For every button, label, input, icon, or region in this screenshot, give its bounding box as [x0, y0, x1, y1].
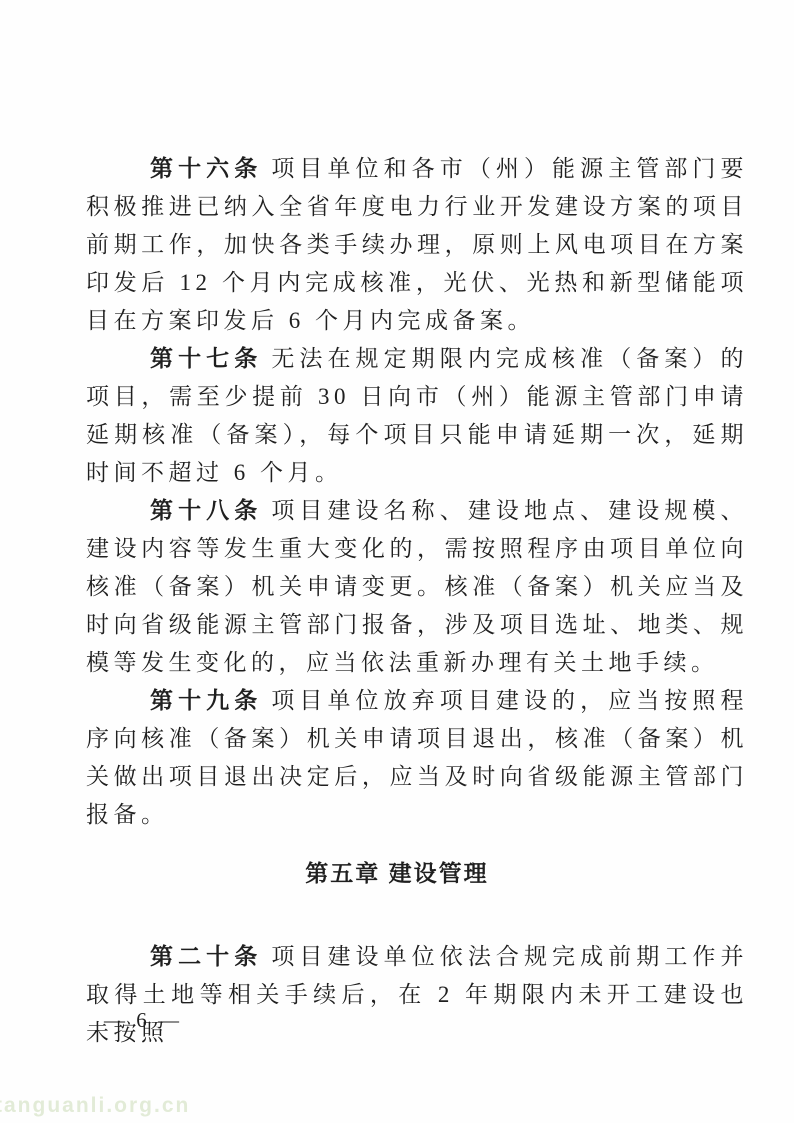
article-number: 第十九条	[150, 688, 262, 713]
document-page: 第十六条项目单位和各市（州）能源主管部门要积极推进已纳入全省年度电力行业开发建设…	[0, 0, 794, 1123]
watermark: tanguanli.org.cn	[0, 1094, 190, 1118]
article-paragraph: 第十七条无法在规定期限内完成核准（备案）的项目，需至少提前 30 日向市（州）能…	[86, 340, 748, 492]
article-text: 项目单位和各市（州）能源主管部门要积极推进已纳入全省年度电力行业开发建设方案的项…	[86, 156, 748, 333]
page-number: — 6 —	[104, 1008, 182, 1033]
article-text: 项目建设名称、建设地点、建设规模、建设内容等发生重大变化的，需按照程序由项目单位…	[86, 498, 748, 675]
article-paragraph: 第二十条项目建设单位依法合规完成前期工作并取得土地等相关手续后，在 2 年期限内…	[86, 938, 748, 1052]
article-paragraph: 第十六条项目单位和各市（州）能源主管部门要积极推进已纳入全省年度电力行业开发建设…	[86, 150, 748, 340]
chapter-heading: 第五章 建设管理	[46, 856, 748, 890]
article-number: 第十六条	[150, 156, 262, 181]
article-paragraph: 第十九条项目单位放弃项目建设的，应当按照程序向核准（备案）机关申请项目退出，核准…	[86, 682, 748, 834]
article-number: 第二十条	[150, 944, 262, 969]
article-number: 第十七条	[150, 346, 262, 371]
article-paragraph: 第十八条项目建设名称、建设地点、建设规模、建设内容等发生重大变化的，需按照程序由…	[86, 492, 748, 682]
document-body: 第十六条项目单位和各市（州）能源主管部门要积极推进已纳入全省年度电力行业开发建设…	[86, 150, 748, 1052]
article-number: 第十八条	[150, 498, 262, 523]
